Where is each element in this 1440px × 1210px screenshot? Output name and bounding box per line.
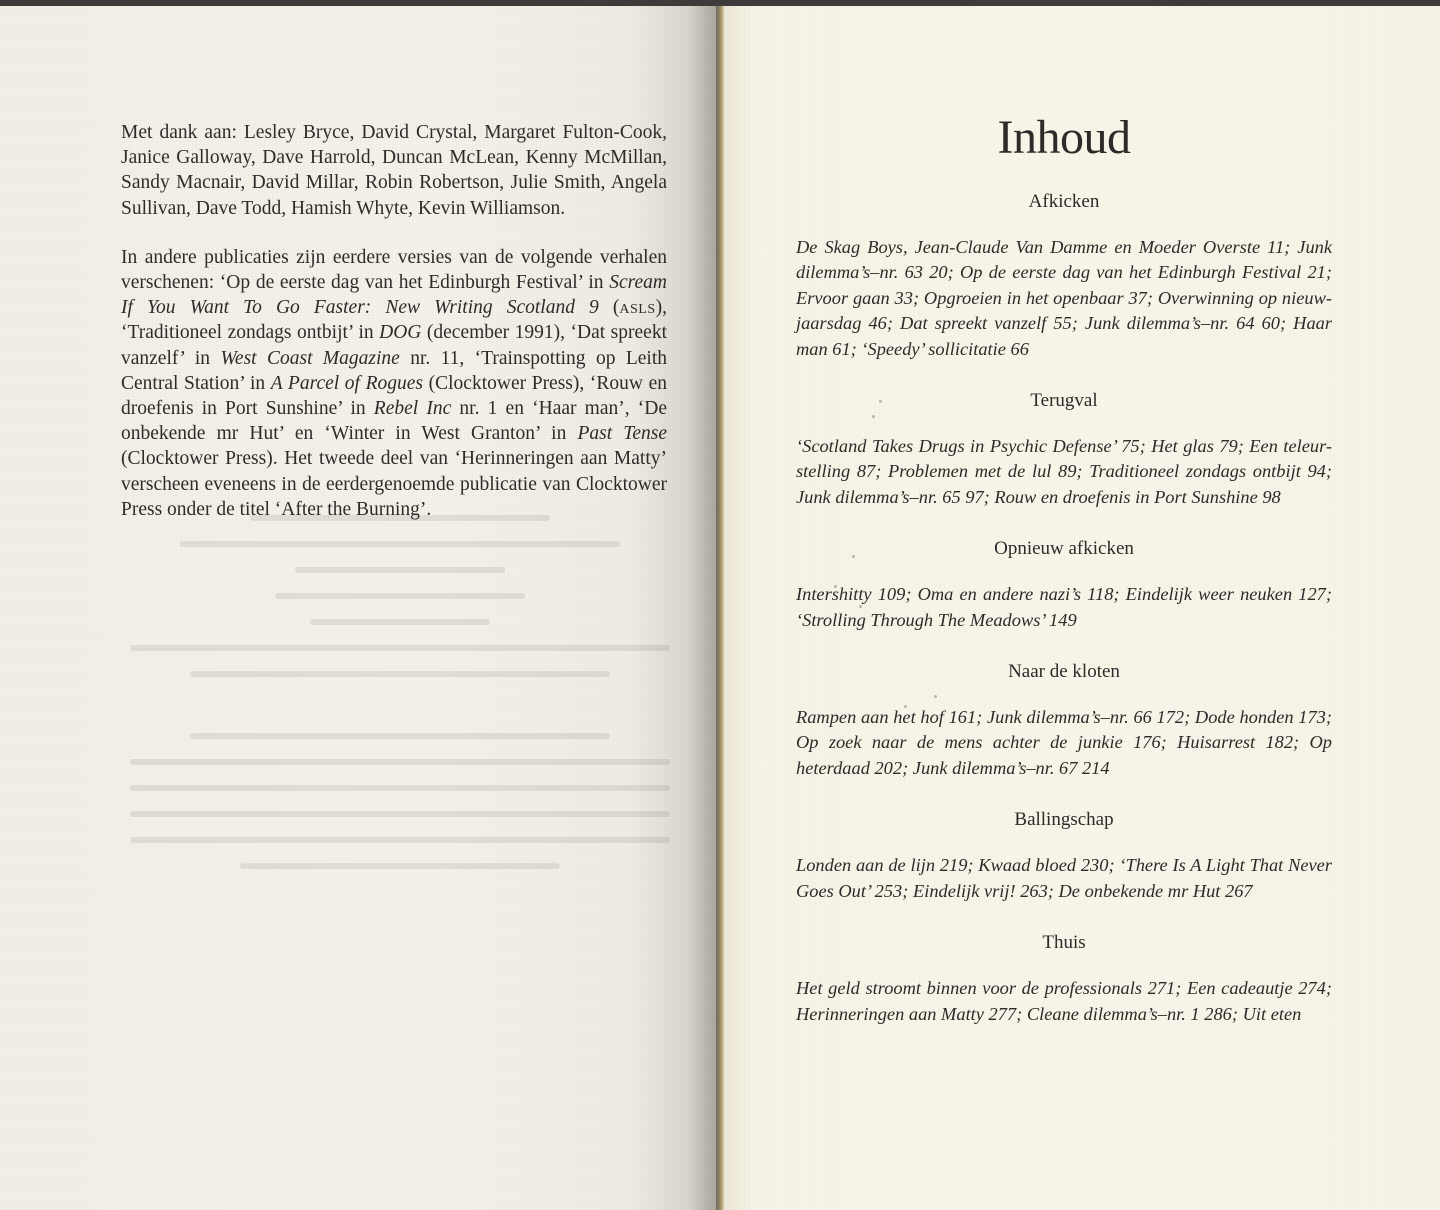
section-heading: Opnieuw afkicken [796,537,1332,561]
publication-title: West Coast Magazine [220,348,399,369]
section-heading: Afkicken [796,190,1332,214]
section-entries: Het geld stroomt binnen voor de professi… [796,976,1332,1027]
publication-title: Past Tense [577,423,667,444]
toc-section-naar-de-kloten: Naar de kloten Rampen aan het hof 161; J… [796,660,1332,781]
section-heading: Ballingschap [796,808,1332,832]
section-entries: Intershitty 109; Oma en andere nazi’s 11… [796,582,1332,633]
publisher-abbrev: asls [619,297,655,318]
publications-paragraph: In andere publicaties zijn eerdere versi… [121,245,667,522]
toc-section-thuis: Thuis Het geld stroomt binnen voor de pr… [796,931,1332,1027]
acknowledgements-block: Met dank aan: Lesley Bryce, David Crysta… [121,120,667,522]
section-entries: De Skag Boys, Jean-Claude Van Damme en M… [796,235,1332,362]
publications-text: (Clocktower Press). Het tweede deel van … [121,448,667,519]
section-heading: Thuis [796,931,1332,955]
section-entries: Rampen aan het hof 161; Junk dilemma’s–n… [796,705,1332,781]
publication-title: Rebel Inc [374,398,451,419]
acknowledgements-paragraph: Met dank aan: Lesley Bryce, David Crysta… [121,120,667,221]
toc-section-ballingschap: Ballingschap Londen aan de lijn 219; Kwa… [796,808,1332,904]
section-heading: Terugval [796,389,1332,413]
toc-section-afkicken: Afkicken De Skag Boys, Jean-Claude Van D… [796,190,1332,362]
left-page: Met dank aan: Lesley Bryce, David Crysta… [0,5,716,1210]
section-entries: ‘Scotland Takes Drugs in Psychic Defense… [796,434,1332,510]
publications-text: In andere publicaties zijn eerdere versi… [121,247,667,293]
publications-text: ( [599,297,620,318]
toc-title: Inhoud [796,110,1332,166]
publication-title: A Parcel of Rogues [271,373,423,394]
section-heading: Naar de kloten [796,660,1332,684]
table-of-contents: Inhoud Afkicken De Skag Boys, Jean-Claud… [796,110,1332,1054]
scan-top-edge [0,0,1440,6]
book-gutter [716,5,724,1210]
book-spread: Met dank aan: Lesley Bryce, David Crysta… [0,0,1440,1210]
section-entries: Londen aan de lijn 219; Kwaad bloed 230;… [796,853,1332,904]
toc-section-terugval: Terugval ‘Scotland Takes Drugs in Psychi… [796,389,1332,510]
reverse-side-bleed-through [120,515,680,935]
publication-title: DOG [379,322,421,343]
toc-section-opnieuw-afkicken: Opnieuw afkicken Intershitty 109; Oma en… [796,537,1332,633]
